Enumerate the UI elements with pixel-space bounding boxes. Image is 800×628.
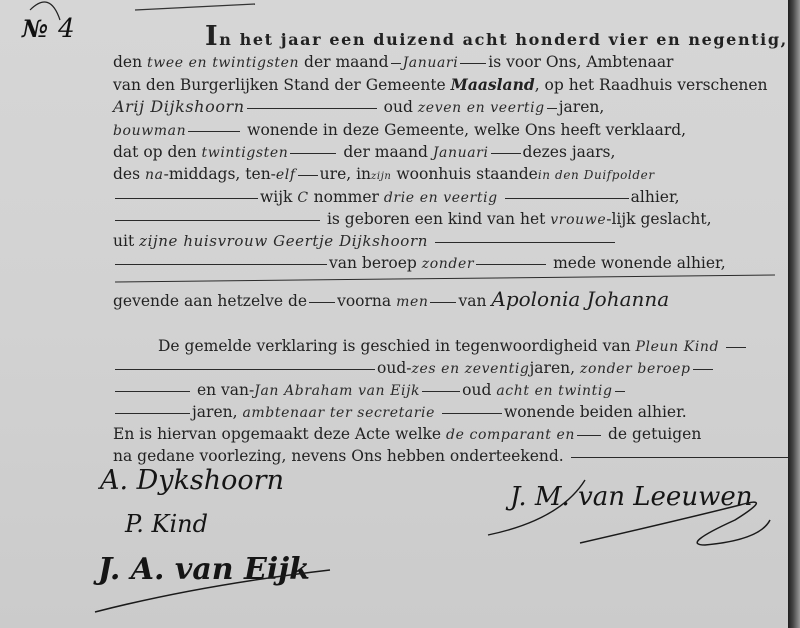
signature-flourishes: [0, 0, 790, 628]
page-edge-shadow: [788, 0, 800, 628]
civil-record-page: №4 In het jaar een duizend acht honderd …: [0, 0, 790, 628]
